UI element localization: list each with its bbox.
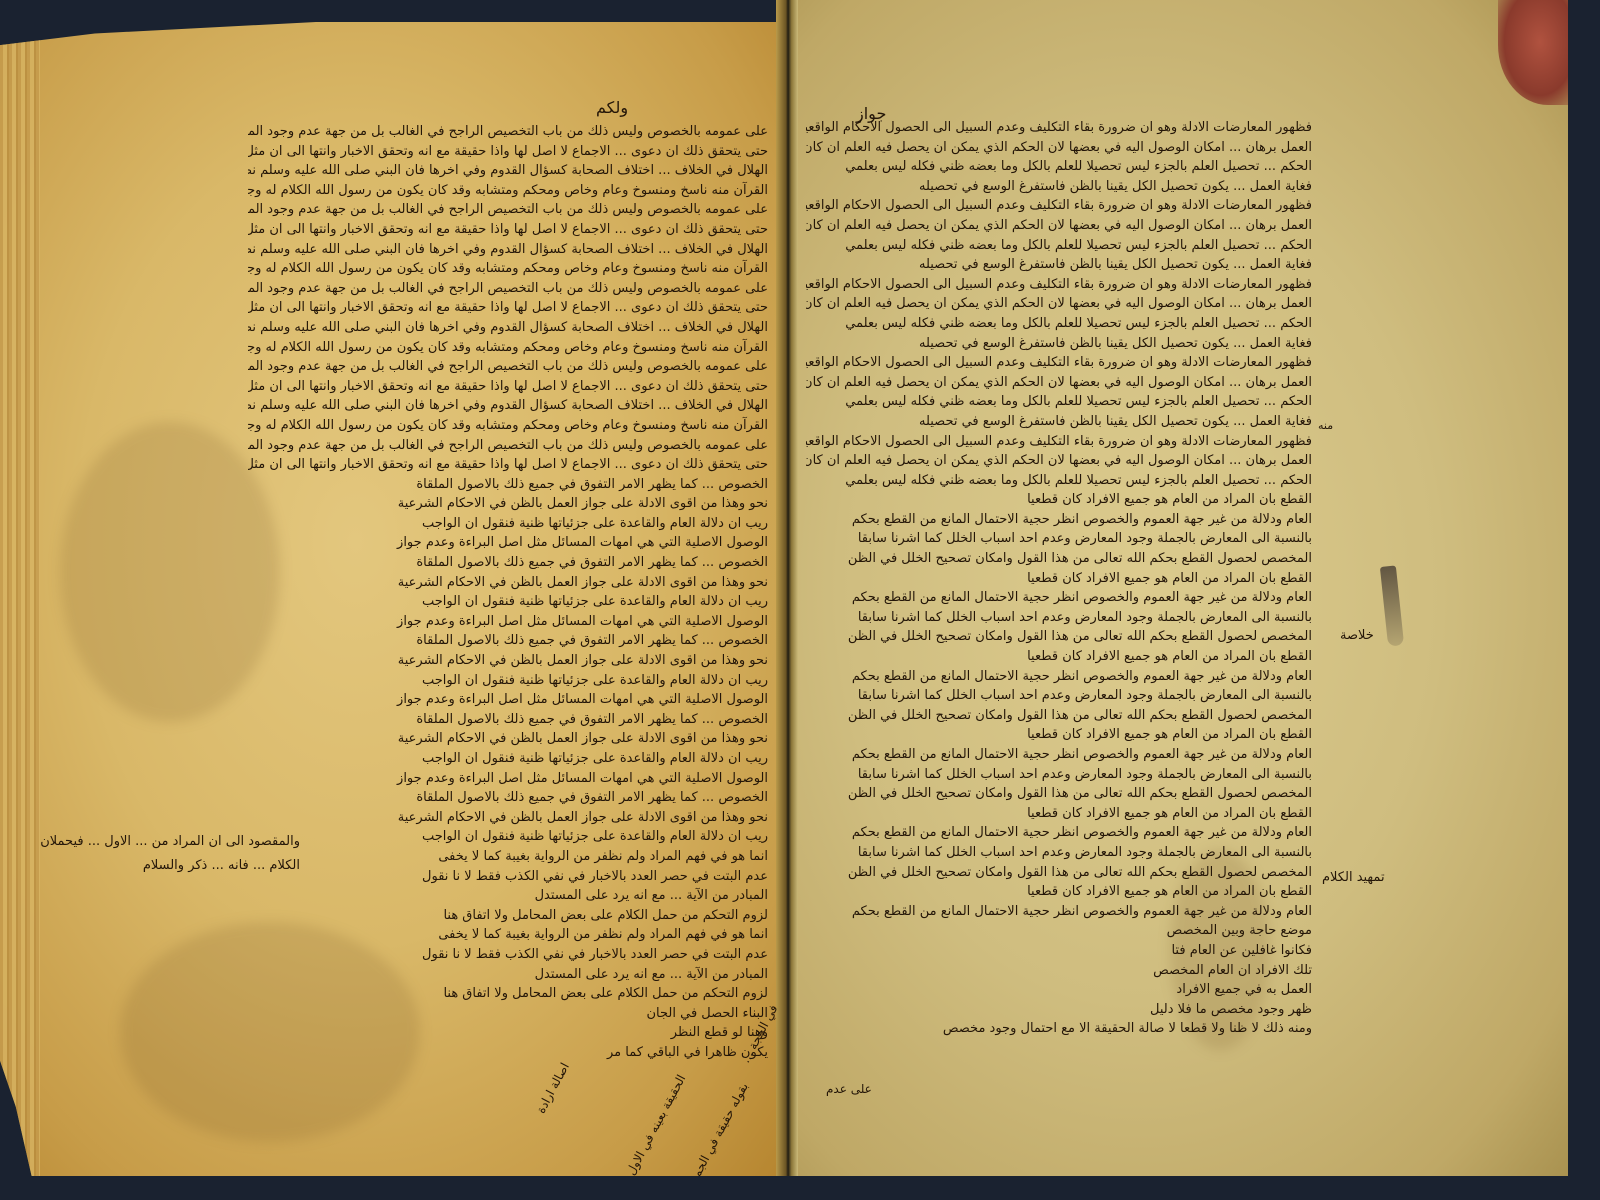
margin-note-line: الكلام ... فانه ... ذكر والسلام (70, 854, 300, 878)
text-line: الهلال في الخلاف ... اختلاف الصحابة كسؤا… (248, 396, 768, 416)
text-line: بالنسبة الى المعارض بالجملة وجود المعارض… (806, 765, 1312, 785)
text-line: الحكم ... تحصيل العلم بالجزء ليس تحصيلا … (806, 314, 1312, 334)
book-gutter (776, 0, 798, 1176)
text-line: المخصص لحصول القطع بحكم الله تعالى من هذ… (806, 706, 1312, 726)
manuscript-photo: ولكم على عمومه بالخصوص وليس ذلك من باب ا… (0, 0, 1568, 1176)
text-line: على عمومه بالخصوص وليس ذلك من باب التخصي… (248, 200, 768, 220)
text-line: الخصوص ... كما يظهر الامر التفوق في جميع… (248, 631, 768, 651)
page-edge-stack (0, 22, 40, 1176)
text-line: فظهور المعارضات الادلة وهو ان ضرورة بقاء… (806, 118, 1312, 138)
text-line: المخصص لحصول القطع بحكم الله تعالى من هذ… (806, 784, 1312, 804)
text-line: القرآن منه ناسخ ومنسوخ وعام وخاص ومحكم و… (248, 416, 768, 436)
text-line: العام ودلالة من غير جهة العموم والخصوص ا… (806, 588, 1312, 608)
text-line: انما هو في فهم المراد ولم نظفر من الرواي… (248, 847, 768, 867)
text-line: الحكم ... تحصيل العلم بالجزء ليس تحصيلا … (806, 157, 1312, 177)
text-line: الوصول الاصلية التي هي امهات المسائل مثل… (248, 690, 768, 710)
text-line: الحكم ... تحصيل العلم بالجزء ليس تحصيلا … (806, 471, 1312, 491)
text-line: حتى يتحقق ذلك ان دعوى ... الاجماع لا اصل… (248, 142, 768, 162)
text-line: فظهور المعارضات الادلة وهو ان ضرورة بقاء… (806, 196, 1312, 216)
text-line: على عمومه بالخصوص وليس ذلك من باب التخصي… (248, 279, 768, 299)
text-line: انما هو في فهم المراد ولم نظفر من الرواي… (248, 925, 768, 945)
text-line: ريب ان دلالة العام والقاعدة على جزئياتها… (248, 749, 768, 769)
text-line: العام ودلالة من غير جهة العموم والخصوص ا… (806, 667, 1312, 687)
text-line: موضع حاجة وبين المخصص (806, 921, 1312, 941)
text-line: فغاية العمل ... يكون تحصيل الكل يقينا با… (806, 255, 1312, 275)
text-line: المخصص لحصول القطع بحكم الله تعالى من هذ… (806, 627, 1312, 647)
text-line: فغاية العمل ... يكون تحصيل الكل يقينا با… (806, 412, 1312, 432)
text-line: العام ودلالة من غير جهة العموم والخصوص ا… (806, 510, 1312, 530)
text-line: المبادر من الآية ... مع انه يرد على المس… (248, 886, 768, 906)
paper-stain (60, 422, 280, 722)
text-line: نحو وهذا من اقوى الادلة على جواز العمل ب… (248, 494, 768, 514)
text-line: العمل برهان ... امكان الوصول اليه في بعض… (806, 216, 1312, 236)
text-line: المخصص لحصول القطع بحكم الله تعالى من هذ… (806, 549, 1312, 569)
catchword: على عدم (826, 1082, 872, 1096)
text-line: العمل برهان ... امكان الوصول اليه في بعض… (806, 451, 1312, 471)
text-line: نحو وهذا من اقوى الادلة على جواز العمل ب… (248, 808, 768, 828)
text-line: القطع بان المراد من العام هو جميع الافرا… (806, 804, 1312, 824)
text-line: فظهور المعارضات الادلة وهو ان ضرورة بقاء… (806, 432, 1312, 452)
text-line: ريب ان دلالة العام والقاعدة على جزئياتها… (248, 592, 768, 612)
text-line: العمل برهان ... امكان الوصول اليه في بعض… (806, 373, 1312, 393)
text-line: القرآن منه ناسخ ومنسوخ وعام وخاص ومحكم و… (248, 259, 768, 279)
text-line: العمل برهان ... امكان الوصول اليه في بعض… (806, 138, 1312, 158)
text-line: الخصوص ... كما يظهر الامر التفوق في جميع… (248, 710, 768, 730)
text-line: حتى يتحقق ذلك ان دعوى ... الاجماع لا اصل… (248, 377, 768, 397)
text-line: الخصوص ... كما يظهر الامر التفوق في جميع… (248, 788, 768, 808)
text-line: الهلال في الخلاف ... اختلاف الصحابة كسؤا… (248, 240, 768, 260)
thumb-holding-page (1498, 0, 1568, 105)
text-line: العمل به في جميع الافراد (806, 980, 1312, 1000)
text-line: بالنسبة الى المعارض بالجملة وجود المعارض… (806, 686, 1312, 706)
text-line: عدم البتت في حصر العدد بالاخبار في نفي ا… (248, 945, 768, 965)
text-line: العام ودلالة من غير جهة العموم والخصوص ا… (806, 745, 1312, 765)
text-line: العمل برهان ... امكان الوصول اليه في بعض… (806, 294, 1312, 314)
text-line: القطع بان المراد من العام هو جميع الافرا… (806, 882, 1312, 902)
text-line: ريب ان دلالة العام والقاعدة على جزئياتها… (248, 514, 768, 534)
text-line: ومنه ذلك لا ظنا ولا قطعا لا صالة الحقيقة… (806, 1019, 1312, 1039)
text-line: حتى يتحقق ذلك ان دعوى ... الاجماع لا اصل… (248, 298, 768, 318)
text-line: الحكم ... تحصيل العلم بالجزء ليس تحصيلا … (806, 392, 1312, 412)
text-line: الخصوص ... كما يظهر الامر التفوق في جميع… (248, 475, 768, 495)
text-line: على عمومه بالخصوص وليس ذلك من باب التخصي… (248, 436, 768, 456)
text-line: فظهور المعارضات الادلة وهو ان ضرورة بقاء… (806, 353, 1312, 373)
text-line: فكانوا غافلين عن العام فتا (806, 941, 1312, 961)
text-line: الوصول الاصلية التي هي امهات المسائل مثل… (248, 769, 768, 789)
right-margin-note: منه (1318, 414, 1333, 438)
text-line: القطع بان المراد من العام هو جميع الافرا… (806, 647, 1312, 667)
text-line: نحو وهذا من اقوى الادلة على جواز العمل ب… (248, 729, 768, 749)
text-line: بالنسبة الى المعارض بالجملة وجود المعارض… (806, 608, 1312, 628)
text-line: القرآن منه ناسخ ومنسوخ وعام وخاص ومحكم و… (248, 338, 768, 358)
text-line: فغاية العمل ... يكون تحصيل الكل يقينا با… (806, 177, 1312, 197)
margin-note-line: والمقصود الى ان المراد من ... الاول ... … (70, 830, 300, 854)
text-line: الهلال في الخلاف ... اختلاف الصحابة كسؤا… (248, 318, 768, 338)
text-line: نحو وهذا من اقوى الادلة على جواز العمل ب… (248, 651, 768, 671)
right-page-text-block: فظهور المعارضات الادلة وهو ان ضرورة بقاء… (806, 118, 1312, 1039)
text-line: ظهر وجود مخصص ما فلا دليل (806, 1000, 1312, 1020)
text-line: تلك الافراد ان العام المخصص (806, 961, 1312, 981)
text-line: العام ودلالة من غير جهة العموم والخصوص ا… (806, 823, 1312, 843)
right-margin-note: تمهيد الكلام (1322, 866, 1385, 890)
text-line: وهنا لو قطع النظر (446, 1023, 768, 1043)
text-line: يكون ظاهرا في الباقي كما مر (482, 1043, 768, 1063)
text-line: الهلال في الخلاف ... اختلاف الصحابة كسؤا… (248, 161, 768, 181)
text-line: على عمومه بالخصوص وليس ذلك من باب التخصي… (248, 122, 768, 142)
left-margin-note: والمقصود الى ان المراد من ... الاول ... … (70, 830, 300, 878)
text-line: الحكم ... تحصيل العلم بالجزء ليس تحصيلا … (806, 236, 1312, 256)
text-line: لزوم التحكم من حمل الكلام على بعض المحام… (248, 906, 768, 926)
text-line: ريب ان دلالة العام والقاعدة على جزئياتها… (248, 827, 768, 847)
text-line: فغاية العمل ... يكون تحصيل الكل يقينا با… (806, 334, 1312, 354)
text-line: على عمومه بالخصوص وليس ذلك من باب التخصي… (248, 357, 768, 377)
text-line: القطع بان المراد من العام هو جميع الافرا… (806, 490, 1312, 510)
text-line: لزوم التحكم من حمل الكلام على بعض المحام… (248, 984, 768, 1004)
text-line: المخصص لحصول القطع بحكم الله تعالى من هذ… (806, 863, 1312, 883)
left-page-text-block: على عمومه بالخصوص وليس ذلك من باب التخصي… (248, 122, 768, 1063)
text-line: الوصول الاصلية التي هي امهات المسائل مثل… (248, 612, 768, 632)
right-margin-note: خلاصة (1340, 624, 1374, 648)
text-line: المبادر من الآية ... مع انه يرد على المس… (248, 965, 768, 985)
text-line: الخصوص ... كما يظهر الامر التفوق في جميع… (248, 553, 768, 573)
text-line: بالنسبة الى المعارض بالجملة وجود المعارض… (806, 529, 1312, 549)
text-line: فظهور المعارضات الادلة وهو ان ضرورة بقاء… (806, 275, 1312, 295)
text-line: العام ودلالة من غير جهة العموم والخصوص ا… (806, 902, 1312, 922)
text-line: نحو وهذا من اقوى الادلة على جواز العمل ب… (248, 573, 768, 593)
text-line: القطع بان المراد من العام هو جميع الافرا… (806, 569, 1312, 589)
text-line: القرآن منه ناسخ ومنسوخ وعام وخاص ومحكم و… (248, 181, 768, 201)
text-line: القطع بان المراد من العام هو جميع الافرا… (806, 725, 1312, 745)
left-page-header-word: ولكم (596, 98, 628, 117)
text-line: حتى يتحقق ذلك ان دعوى ... الاجماع لا اصل… (248, 455, 768, 475)
text-line: البناء الحصل في الجان (248, 1004, 768, 1024)
text-line: عدم البتت في حصر العدد بالاخبار في نفي ا… (248, 867, 768, 887)
text-line: حتى يتحقق ذلك ان دعوى ... الاجماع لا اصل… (248, 220, 768, 240)
text-line: الوصول الاصلية التي هي امهات المسائل مثل… (248, 533, 768, 553)
text-line: بالنسبة الى المعارض بالجملة وجود المعارض… (806, 843, 1312, 863)
text-line: ريب ان دلالة العام والقاعدة على جزئياتها… (248, 671, 768, 691)
